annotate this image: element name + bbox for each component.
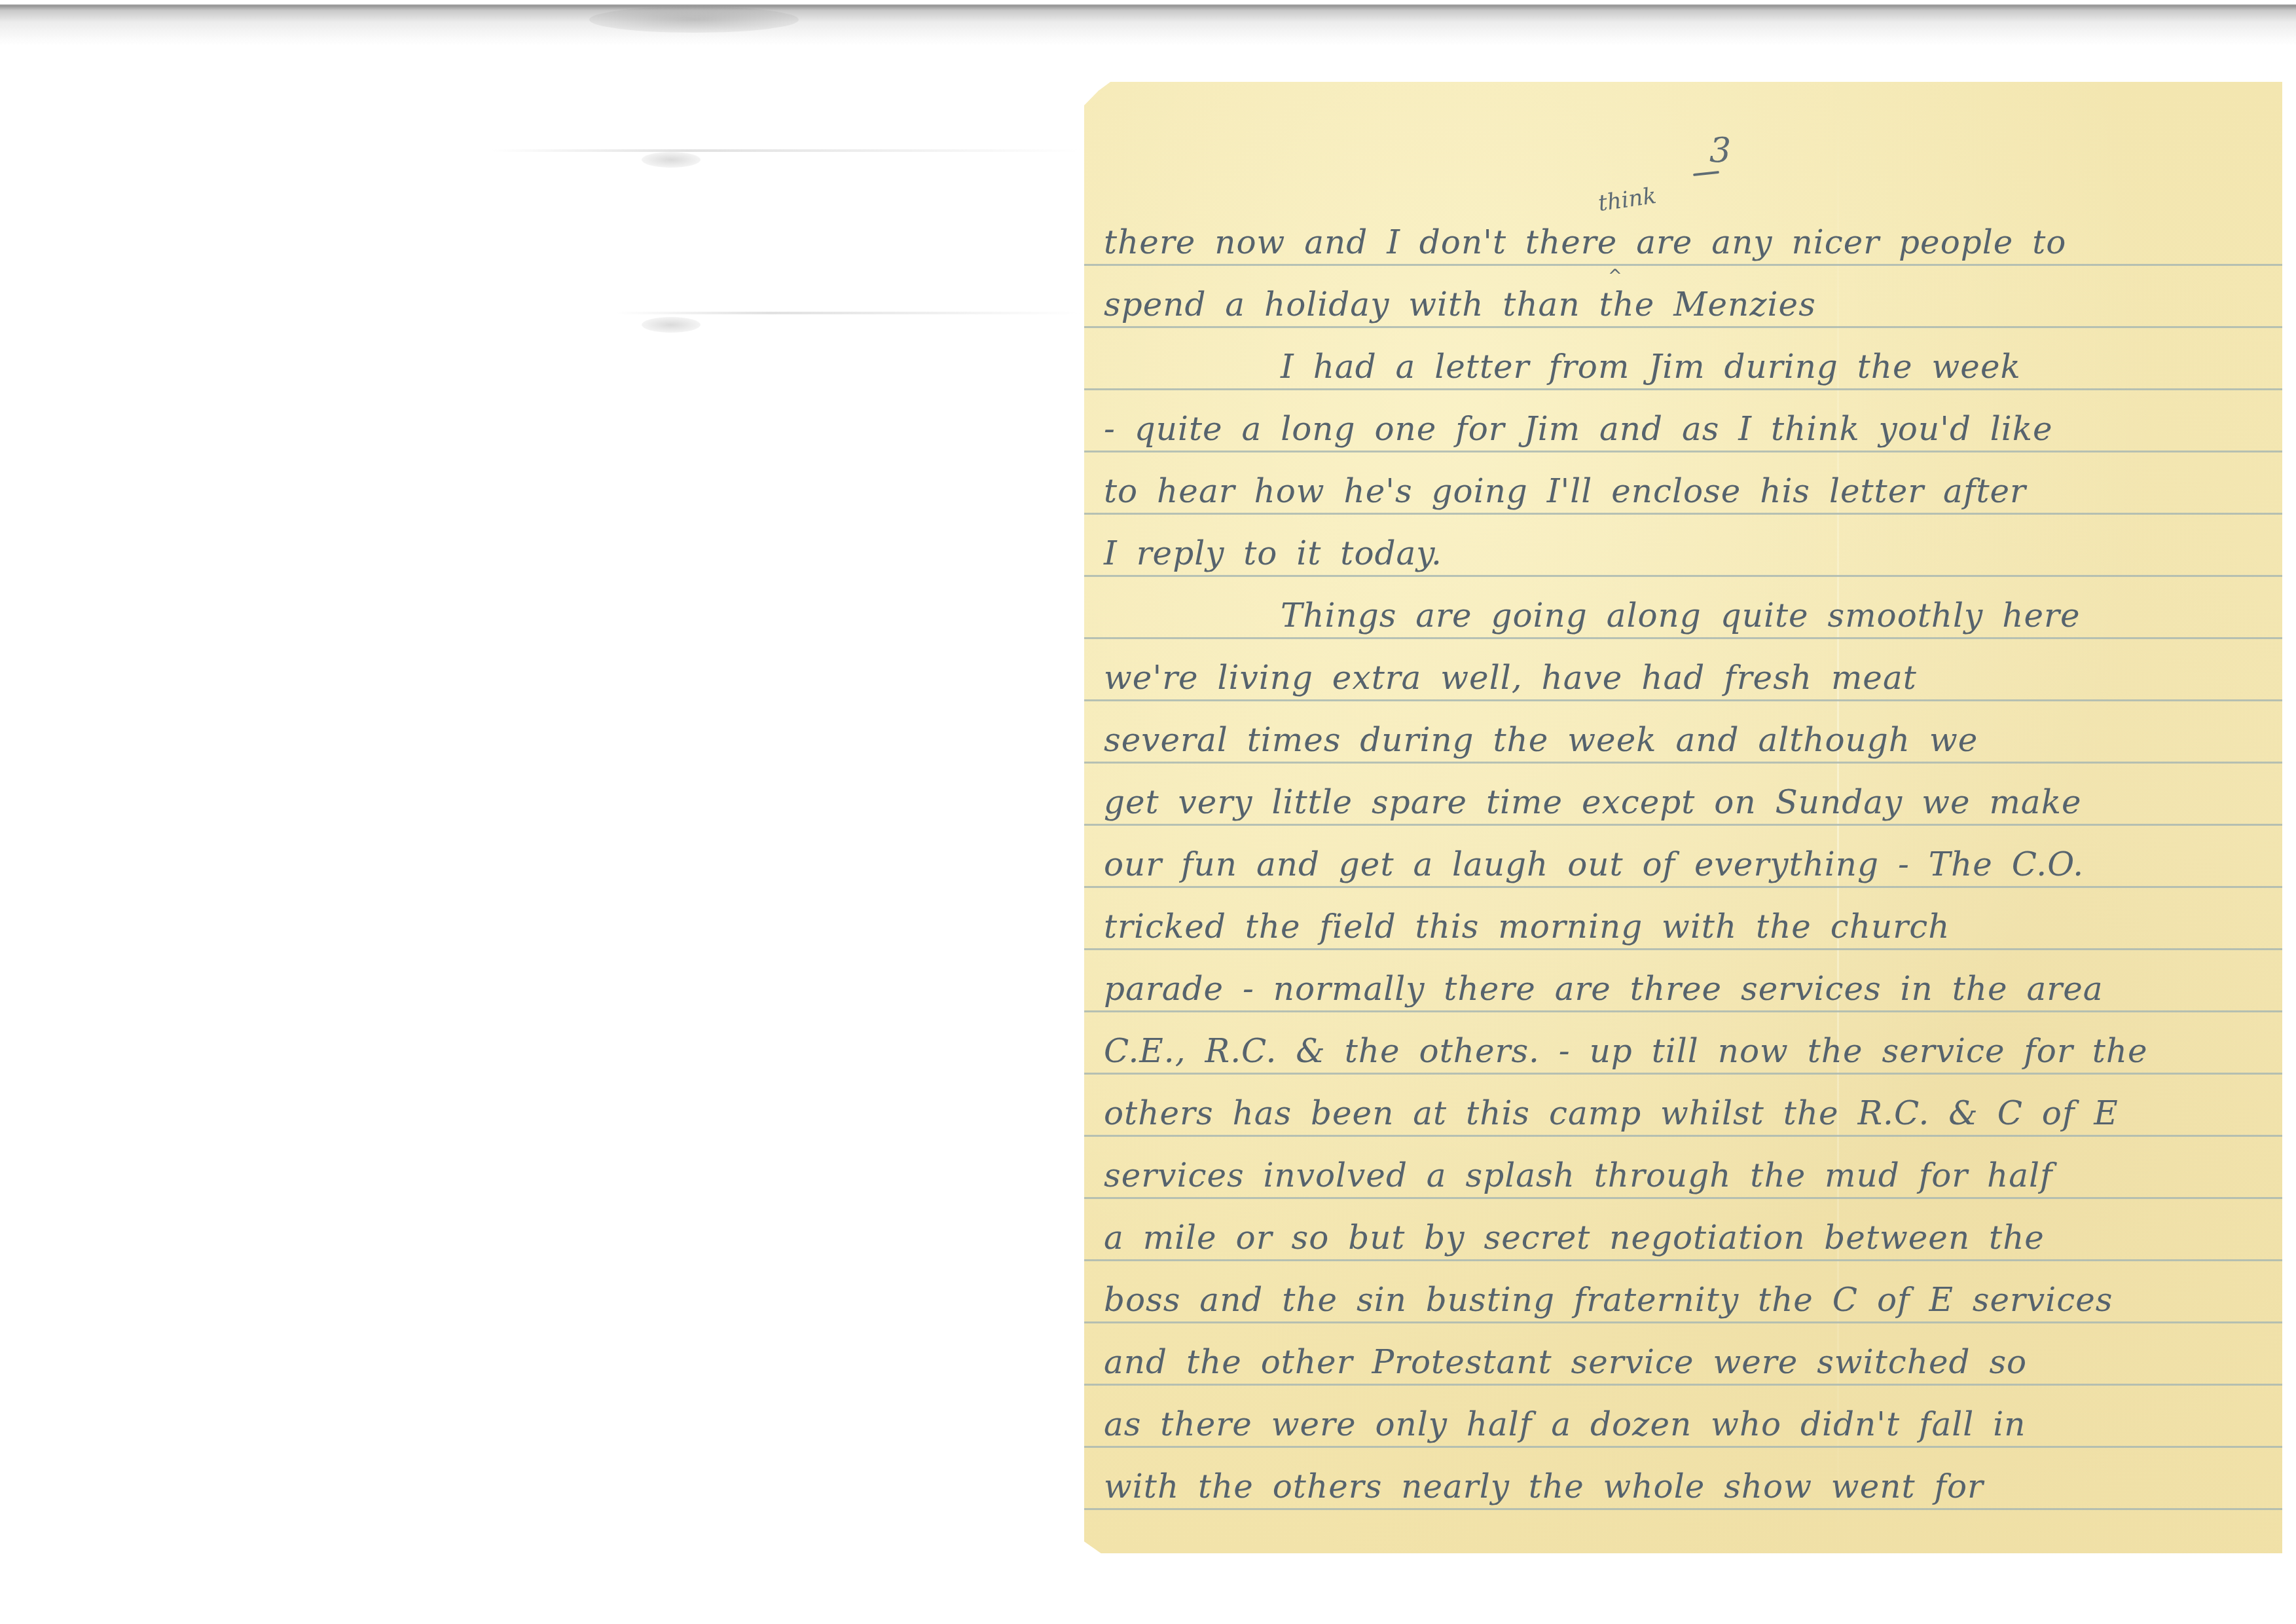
handwritten-line: services involved a splash through the m… (1104, 1159, 2256, 1192)
ruled-line (1084, 1073, 2282, 1075)
handwritten-line: spend a holiday with than the Menzies (1104, 288, 2256, 321)
handwritten-line: get very little spare time except on Sun… (1104, 786, 2256, 819)
insertion-caret: ^ (1608, 267, 1622, 286)
inserted-word: think (1597, 183, 1658, 217)
handwritten-line: parade - normally there are three servic… (1104, 972, 2256, 1005)
handwritten-line: Things are going along quite smoothly he… (1104, 599, 2256, 632)
page-number: 3 (1709, 131, 1731, 170)
ruled-line (1084, 1135, 2282, 1137)
ruled-line (1084, 264, 2282, 266)
handwritten-line: I had a letter from Jim during the week (1104, 350, 2256, 383)
scanner-smudge (589, 7, 799, 33)
handwritten-line: - quite a long one for Jim and as I thin… (1104, 413, 2256, 445)
handwritten-line: others has been at this camp whilst the … (1104, 1097, 2256, 1130)
ruled-line (1084, 762, 2282, 764)
handwritten-line: there now and I don't there are any nice… (1104, 226, 2256, 259)
ruled-line (1084, 699, 2282, 701)
ruled-line (1084, 513, 2282, 515)
ruled-line (1084, 824, 2282, 826)
ruled-line (1084, 575, 2282, 577)
handwritten-line: and the other Protestant service were sw… (1104, 1346, 2256, 1378)
scanner-edge-shadow (0, 0, 2296, 46)
ruled-line (1084, 948, 2282, 950)
handwritten-line: our fun and get a laugh out of everythin… (1104, 848, 2256, 881)
handwritten-line: as there were only half a dozen who didn… (1104, 1408, 2256, 1441)
handwritten-line: we're living extra well, have had fresh … (1104, 661, 2256, 694)
ruled-line (1084, 1446, 2282, 1448)
handwritten-line: boss and the sin busting fraternity the … (1104, 1283, 2256, 1316)
handwritten-line: to hear how he's going I'll enclose his … (1104, 475, 2256, 507)
page-number-underline (1693, 171, 1719, 176)
handwritten-line: with the others nearly the whole show we… (1104, 1470, 2256, 1503)
scan-ghost-streak (615, 312, 1080, 314)
scan-ghost-streak (491, 149, 1080, 152)
scan-ghost-smudge (642, 317, 701, 333)
ruled-line (1084, 886, 2282, 888)
ruled-line (1084, 637, 2282, 639)
ruled-line (1084, 451, 2282, 452)
ruled-line (1084, 1010, 2282, 1012)
ruled-line (1084, 1259, 2282, 1261)
ruled-line (1084, 1321, 2282, 1323)
handwritten-line: a mile or so but by secret negotiation b… (1104, 1221, 2256, 1254)
handwritten-line: several times during the week and althou… (1104, 724, 2256, 756)
handwritten-line: C.E., R.C. & the others. - up till now t… (1104, 1035, 2256, 1067)
ruled-line (1084, 1508, 2282, 1510)
ruled-line (1084, 388, 2282, 390)
ruled-line (1084, 326, 2282, 328)
ruled-line (1084, 1197, 2282, 1199)
handwritten-line: tricked the field this morning with the … (1104, 910, 2256, 943)
scan-ghost-smudge (642, 152, 701, 168)
handwritten-line: I reply to it today. (1104, 537, 2256, 570)
ruled-line (1084, 1384, 2282, 1386)
letter-page: 3 think ^ there now and I don't there ar… (1084, 82, 2282, 1553)
